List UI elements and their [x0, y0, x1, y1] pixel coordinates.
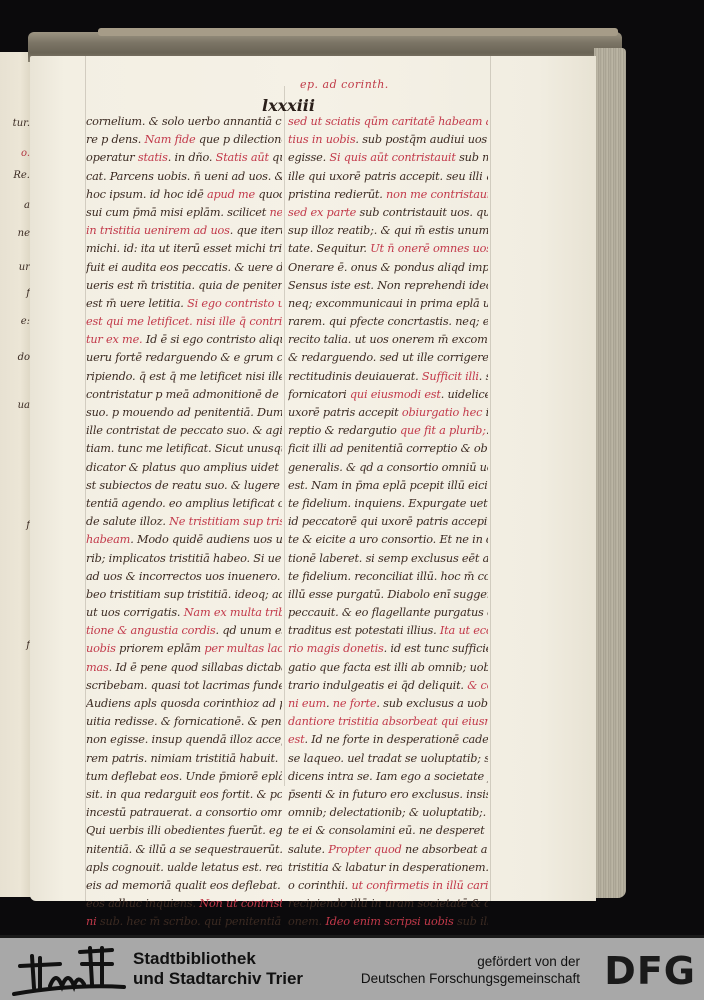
manuscript-line: ficit illi ad penitentiā correptio & obi… — [288, 440, 488, 458]
manuscript-line: tum deflebat eos. Unde p̄miorē eplām eis… — [86, 768, 282, 786]
body-text: est. Nam in p̄ma eplā pcepit illū eici a… — [288, 479, 488, 492]
body-text: rem patris. nimiam tristitiā habuit. & m… — [86, 752, 282, 765]
manuscript-line: st subiectos de reatu suo. & lugere peni — [86, 477, 282, 495]
manuscript-line: tristitia & labatur in desperationem. ob… — [288, 859, 488, 877]
rubric-text: Nam ex multa tribula — [184, 606, 282, 619]
manuscript-line: ueris est m̄ tristitia. quia de penitent… — [86, 277, 282, 295]
body-text: tristitia & labatur in desperationem. — [288, 861, 488, 874]
body-text: . id est tunc sufficiet ei obiur — [384, 642, 488, 655]
body-text: hoc ipsum. id hoc idē — [86, 188, 207, 201]
manuscript-line: tate. Sequitur. Ut n̄ onerē omnes uos. — [288, 240, 488, 258]
rubric-text: est qui me letificet. nisi ille q̄ — [86, 315, 246, 328]
body-text: Sensus iste est. Non reprehendi ideo del… — [288, 279, 488, 292]
rubric-text: Sufficit illi — [422, 370, 479, 383]
rubric-text: Ut n̄ onerē omnes uos — [370, 242, 488, 255]
manuscript-line: illū esse purgatū. Diabolo enī suggerent… — [288, 586, 488, 604]
left-page-text-fragment: do — [18, 352, 30, 363]
body-text: st subiectos de reatu suo. & lugere peni — [86, 479, 282, 492]
rubric-text: qui eiusmodi — [441, 715, 488, 728]
manuscript-line: operatur statis. in dño. Statis aūt quas… — [86, 149, 282, 167]
body-text: generalis. & qd a consortio omniū uerum … — [288, 461, 488, 474]
body-text: operatur — [86, 151, 138, 164]
body-text: quod ppo — [255, 188, 282, 201]
body-text: sub illa de — [454, 915, 488, 928]
manuscript-line: hoc ipsum. id hoc idē apud me quod ppo — [86, 186, 282, 204]
rubric-text: Si ego contristo uos. quis — [187, 297, 282, 310]
manuscript-line: contristatur p meā admonitionē de reatu — [86, 386, 282, 404]
manuscript-line: est qui me letificet. nisi ille q̄ contr… — [86, 313, 282, 331]
body-text: p̄senti & in futuro ero exclusus. insist… — [288, 788, 488, 801]
rubric-text: obiurgatio hec — [402, 406, 482, 419]
manuscript-line: sit. in qua redarguit eos fortit. & pcep… — [86, 786, 282, 804]
manuscript-line: eis ad memoriā qualit eos deflebat. & al… — [86, 877, 282, 895]
body-text: ueru fortē redarguendo & e grum cor — [86, 351, 282, 364]
rubric-text: in tristitia uenirem ad uos — [86, 224, 230, 237]
body-text: ficit illi ad penitentiā correptio & obi… — [288, 442, 488, 455]
manuscript-line: gatio que facta est illi ab omnib; uobis… — [288, 659, 488, 677]
body-text: . sub — [479, 370, 488, 383]
manuscript-line: sui cum p̄mā misi eplām. scilicet ne ite… — [86, 204, 282, 222]
body-text: o corinthii. — [288, 879, 351, 892]
manuscript-line: ille contristat de peccato suo. & agit p… — [86, 422, 282, 440]
institution-line-1: Stadtbibliothek — [133, 949, 303, 969]
left-page-text-fragment: o. — [21, 148, 30, 159]
body-text: dicens intra se. Iam ego a societate fid… — [288, 770, 488, 783]
body-text: ad uos & incorrectos uos inuenero. tunc … — [86, 570, 282, 583]
body-text: te fidelium. reconciliat illū. hoc m̄ co… — [288, 570, 488, 583]
body-text: recito talia. ut uos onerem m̄ excommuni… — [288, 333, 488, 346]
body-text: omnib; delectationib; & uoluptatib;. Ind… — [288, 806, 488, 819]
body-text: cat. Parcens uobis. n̄ ueni ad uos. & st… — [86, 170, 282, 183]
body-text: est m̄ uere letitia. — [86, 297, 187, 310]
body-text: te ei & consolamini eū. ne desperet de u… — [288, 824, 488, 837]
body-text: ripiendo. q̄ est q̄ me letificet nisi il… — [86, 370, 282, 383]
body-text: re p dens. — [86, 133, 144, 146]
stadtbibliothek-logo-icon — [12, 944, 127, 999]
manuscript-line: Onerare ē. onus & pondus aliqd imponere; — [288, 259, 488, 277]
body-text: se laqueo. uel tradat se uoluptatib; sel… — [288, 752, 488, 765]
manuscript-line: tius in uobis. sub postq̄m audiui uos pe… — [288, 131, 488, 149]
rubric-text: tione & angustia cordis — [86, 624, 216, 637]
rubric-text: Statis aūt — [216, 151, 269, 164]
manuscript-line: se laqueo. uel tradat se uoluptatib; sel… — [288, 750, 488, 768]
rubric-text: ut confirmetis in illū caritatē — [351, 879, 488, 892]
body-text: neq; excommunicaui in prima eplā ut uos … — [288, 297, 488, 310]
body-text: . in dño. — [168, 151, 216, 164]
body-text: egisse. — [288, 151, 329, 164]
text-column-left: cornelium. & solo uerbo annantiā cū uore… — [86, 113, 282, 931]
left-page-text-fragment: ne — [18, 228, 30, 239]
manuscript-line: Sensus iste est. Non reprehendi ideo del… — [288, 277, 488, 295]
body-text: nitentiā. & illū a se sequestrauerūt. Qu… — [86, 843, 282, 856]
manuscript-line: rectitudinis deuiauerat. Sufficit illi. … — [288, 368, 488, 386]
manuscript-line: cat. Parcens uobis. n̄ ueni ad uos. & st… — [86, 168, 282, 186]
manuscript-line: te fidelium. reconciliat illū. hoc m̄ co… — [288, 568, 488, 586]
body-text: . qd unum est. — [216, 624, 282, 637]
manuscript-line: scribebam. quasi tot lacrimas fundebam; — [86, 677, 282, 695]
rubric-text: ne iterū — [269, 206, 282, 219]
body-text: . sub postq̄m audiui uos penitāen — [355, 133, 488, 146]
body-text: michi. id: ita ut iterū esset michi tris… — [86, 242, 282, 255]
manuscript-line: rib; implicatos tristitiā habeo. Si uene… — [86, 550, 282, 568]
rubric-text: dantiore tristitia absorbeat — [288, 715, 437, 728]
body-text: rib; implicatos tristitiā habeo. Si uene… — [86, 552, 282, 565]
manuscript-line: traditus est potestati illius. Ita ut ec… — [288, 622, 488, 640]
manuscript-line: omnib; delectationib; & uoluptatib;. Ind… — [288, 804, 488, 822]
rubric-text: mas — [86, 661, 109, 674]
body-text: . que iterū esset — [230, 224, 282, 237]
rubric-text: Non ut contristemi — [199, 897, 282, 910]
body-text: scribebam. quasi tot lacrimas fundebam; — [86, 679, 282, 692]
rubric-text: rio magis donetis — [288, 642, 384, 655]
manuscript-line: est. Id ne forte in desperationē cadens … — [288, 731, 488, 749]
rubric-text: ne forte — [333, 697, 377, 710]
manuscript-line: cornelium. & solo uerbo annantiā cū uo — [86, 113, 282, 131]
footer-banner: Stadtbibliothek und Stadtarchiv Trier ge… — [0, 935, 704, 1000]
manuscript-line: tione & angustia cordis. qd unum est. sc… — [86, 622, 282, 640]
body-text: peccauit. & eo flagellante purgatus ē. c… — [288, 606, 488, 619]
manuscript-line: neq; excommunicaui in prima eplā ut uos … — [288, 295, 488, 313]
body-text: salute. — [288, 843, 328, 856]
institution-line-2: und Stadtarchiv Trier — [133, 969, 303, 989]
manuscript-line: apls cognouit. ualde letatus est. reduci… — [86, 859, 282, 877]
text-column-right: sed ut sciatis qūm caritatē habeam abund… — [288, 113, 488, 931]
body-text: contristatur p meā admonitionē de reatu — [86, 388, 282, 401]
body-text: traditus est potestati illius. — [288, 624, 440, 637]
manuscript-line: rio magis donetis. id est tunc sufficiet… — [288, 640, 488, 658]
body-text: quasi di — [269, 151, 282, 164]
body-text: beo tristitiam sup tristitiā. ideoq; adm… — [86, 588, 282, 601]
manuscript-line: ut uos corrigatis. Nam ex multa tribula — [86, 604, 282, 622]
rubric-text: statis — [138, 151, 168, 164]
manuscript-line: tiam. tunc me letificat. Sicut unusquisq… — [86, 440, 282, 458]
rubric-text: est — [288, 733, 304, 746]
manuscript-line: tionē laberet. si semp exclusus eēt a so… — [288, 550, 488, 568]
manuscript-line: onem. Ideo enim scripsi uobis sub illa d… — [288, 913, 488, 931]
manuscript-line: recito talia. ut uos onerem m̄ excommuni… — [288, 331, 488, 349]
body-text: illū esse purgatū. Diabolo enī suggerent… — [288, 588, 488, 601]
rubric-text: uobis — [86, 642, 116, 655]
body-text: tum deflebat eos. Unde p̄miorē eplām eis… — [86, 770, 282, 783]
body-text: de salute illoz. — [86, 515, 169, 528]
manuscript-line: de salute illoz. Ne tristitiam sup trist… — [86, 513, 282, 531]
manuscript-line: pristina redierūt. non me contristauit. … — [288, 186, 488, 204]
body-text: uxorē patris accepit — [288, 406, 402, 419]
ruling-line — [490, 56, 491, 901]
manuscript-line: incestū patrauerat. a consortio omniū ex… — [86, 804, 282, 822]
body-text: fornicatori — [288, 388, 350, 401]
body-text: ille qui uxorē patris accepit. seu illi … — [288, 170, 488, 183]
manuscript-line: ni eum. ne forte. sub exclusus a uobis. … — [288, 695, 488, 713]
manuscript-line: sed ut sciatis qūm caritatē habeam abund… — [288, 113, 488, 131]
body-text: ne absorbeat a nimia — [402, 843, 488, 856]
body-text: tate. Sequitur. — [288, 242, 370, 255]
manuscript-line: generalis. & qd a consortio omniū uerum … — [288, 459, 488, 477]
body-text: que p dilectionem — [196, 133, 282, 146]
body-text: tionē laberet. si semp exclusus eēt a so… — [288, 552, 488, 565]
manuscript-line: tentiā agendo. eo amplius letificat cert… — [86, 495, 282, 513]
body-text: id est cor — [482, 406, 488, 419]
rubric-text: apud me — [207, 188, 255, 201]
left-page-edge: tur.o.Re.aneurfe:douaff — [0, 52, 34, 897]
manuscript-line: ueru fortē redarguendo & e grum cor — [86, 349, 282, 367]
body-text: fuit ei audita eos peccatis. & uere de p… — [86, 261, 282, 274]
body-text: Id ē si ego contristo aliquem — [142, 333, 282, 346]
body-text: pristina redierūt. — [288, 188, 386, 201]
body-text: reptio & redargutio — [288, 424, 400, 437]
manuscript-line: id peccatorē qui uxorē patris accepit ex… — [288, 513, 488, 531]
rubric-text: Si quis aūt contristauit — [329, 151, 455, 164]
rubric-text: ni — [86, 915, 97, 928]
rubric-text: tius in uobis — [288, 133, 355, 146]
rubric-text: Ita ut econtra — [440, 624, 488, 637]
rubric-text: qui eiusmodi est — [350, 388, 441, 401]
manuscript-line: egisse. Si quis aūt contristauit sub me.… — [288, 149, 488, 167]
manuscript-line: rarem. qui pfecte concrtastis. neq; etiā… — [288, 313, 488, 331]
body-text: . — [326, 697, 333, 710]
rubric-text: Ideo enim scripsi uobis — [325, 915, 453, 928]
body-text: id peccatorē qui uxorē patris accepit ex… — [288, 515, 488, 528]
manuscript-line: in tristitia uenirem ad uos. que iterū e… — [86, 222, 282, 240]
manuscript-line: dicens intra se. Iam ego a societate fid… — [288, 768, 488, 786]
manuscript-line: uitia redisse. & fornicationē. & peniten… — [86, 713, 282, 731]
funder-credit: gefördert von der Deutschen Forschungsge… — [361, 953, 580, 987]
manuscript-line: est m̄ uere letitia. Si ego contristo uo… — [86, 295, 282, 313]
manuscript-line: nitentiā. & illū a se sequestrauerūt. Qu… — [86, 841, 282, 859]
manuscript-line: uobis priorem eplām per multas lacri — [86, 640, 282, 658]
manuscript-line: habeam. Modo quidē audiens uos uariis er… — [86, 531, 282, 549]
body-text: sit. in qua redarguit eos fortit. & pcep… — [86, 788, 282, 801]
manuscript-line: eos adhuc inquiens. Non ut contristemi — [86, 895, 282, 913]
manuscript-line: te & eicite a uro consortio. Et ne in de… — [288, 531, 488, 549]
body-text: . Id ē pene quod sillabas dictabam uel — [109, 661, 282, 674]
body-text: onem. — [288, 915, 325, 928]
body-text: sui cum p̄mā misi eplām. scilicet — [86, 206, 269, 219]
rubric-text: ni eum — [288, 697, 326, 710]
body-text: Onerare ē. onus & pondus aliqd imponere; — [288, 261, 488, 274]
body-text: non egisse. insup quendā illoz accepisse… — [86, 733, 282, 746]
body-text: Qui uerbis illi obedientes fuerūt. egeru… — [86, 824, 282, 837]
body-text: sub contristauit uos. qui condolu istis — [356, 206, 488, 219]
rubric-text: habeam — [86, 533, 130, 546]
body-text: uitia redisse. & fornicationē. & peniten… — [86, 715, 282, 728]
body-text: . Id est suf — [486, 424, 488, 437]
institution-name: Stadtbibliothek und Stadtarchiv Trier — [133, 949, 303, 989]
manuscript-line: beo tristitiam sup tristitiā. ideoq; adm… — [86, 586, 282, 604]
manuscript-line: peccauit. & eo flagellante purgatus ē. c… — [288, 604, 488, 622]
body-text: tentiā agendo. eo amplius letificat cert… — [86, 497, 282, 510]
manuscript-line: fuit ei audita eos peccatis. & uere de p… — [86, 259, 282, 277]
body-text: Audiens apls quosda corinthioz ad pristi… — [86, 697, 282, 710]
left-page-text-fragment: tur. — [13, 118, 30, 129]
manuscript-line: ad uos & incorrectos uos inuenero. tunc … — [86, 568, 282, 586]
running-head: ep. ad corinth. — [300, 78, 389, 91]
left-page-text-fragment: ua — [18, 400, 30, 411]
manuscript-line: te fidelium. inquiens. Expurgate uet fer… — [288, 495, 488, 513]
ruling-line — [284, 86, 285, 786]
body-text: sub. hec m̄ scribo. qui penitentiā habui… — [97, 915, 283, 928]
body-text: rarem. qui pfecte concrtastis. neq; etiā… — [288, 315, 488, 328]
body-text: cornelium. & solo uerbo annantiā cū uo — [86, 115, 282, 128]
manuscript-line: re p dens. Nam fide que p dilectionem — [86, 131, 282, 149]
body-text: eos adhuc inquiens. — [86, 897, 199, 910]
manuscript-line: p̄senti & in futuro ero exclusus. insist… — [288, 786, 488, 804]
rubric-text: Ne tristitiam sup tristitiā — [169, 515, 282, 528]
manuscript-line: fornicatori qui eiusmodi est. uidelicet … — [288, 386, 488, 404]
body-text: & redarguendo. sed ut ille corrigeretur.… — [288, 351, 488, 364]
manuscript-line: tur ex me. Id ē si ego contristo aliquem — [86, 331, 282, 349]
left-page-text-fragment: ur — [19, 262, 30, 273]
manuscript-line: ripiendo. q̄ est q̄ me letificet nisi il… — [86, 368, 282, 386]
funder-line-1: gefördert von der — [361, 953, 580, 970]
manuscript-line: te ei & consolamini eū. ne desperet de u… — [288, 822, 488, 840]
rubric-text: contrista — [249, 315, 282, 328]
manuscript-line: sup illoz reatib;. & qui m̄ estis unum i… — [288, 222, 488, 240]
rubric-text: per multas lacri — [204, 642, 282, 655]
left-page-text-fragment: Re. — [13, 170, 30, 181]
rubric-text: sed ut sciatis qūm caritatē habeam abund… — [288, 115, 488, 128]
body-text: ille contristat de peccato suo. & agit p… — [86, 424, 282, 437]
rubric-text: que fit a plurib; — [400, 424, 486, 437]
body-text: priorem eplām — [116, 642, 205, 655]
rubric-text: Nam fide — [144, 133, 195, 146]
rubric-text: tur ex me. — [86, 333, 142, 346]
body-text: dicator & platus quo amplius uidet contr… — [86, 461, 282, 474]
manuscript-line: Audiens apls quosda corinthioz ad pristi… — [86, 695, 282, 713]
book-fore-edge — [594, 48, 626, 898]
manuscript-line: salute. Propter quod ne absorbeat a nimi… — [288, 841, 488, 859]
manuscript-line: dantiore tristitia absorbeat qui eiusmod… — [288, 713, 488, 731]
manuscript-line: recipiendo illū in uram societatē & comm… — [288, 895, 488, 913]
manuscript-line: suo. p mouendo ad penitentiā. Dum enim — [86, 404, 282, 422]
manuscript-line: Qui uerbis illi obedientes fuerūt. egeru… — [86, 822, 282, 840]
body-text: trario indulgeatis ei q̄d deliquit. — [288, 679, 467, 692]
body-text: eis ad memoriā qualit eos deflebat. & al… — [86, 879, 282, 892]
manuscript-line: & redarguendo. sed ut ille corrigeretur.… — [288, 349, 488, 367]
body-text: te & eicite a uro consortio. Et ne in de… — [288, 533, 488, 546]
body-text: . Id ne forte in desperationē cadens suf… — [304, 733, 488, 746]
body-text: rectitudinis deuiauerat. — [288, 370, 422, 383]
body-text: recipiendo illū in uram societatē & comm… — [288, 897, 488, 910]
manuscript-line: est. Nam in p̄ma eplā pcepit illū eici a… — [288, 477, 488, 495]
body-text: . sub exclusus a uobis. — [376, 697, 488, 710]
dfg-logo-icon: DFG — [604, 952, 696, 990]
manuscript-line: uxorē patris accepit obiurgatio hec id e… — [288, 404, 488, 422]
funder-line-2: Deutschen Forschungsgemeinschaft — [361, 970, 580, 987]
body-text: tiam. tunc me letificat. Sicut unusquisq… — [86, 442, 282, 455]
body-text: ueris est m̄ tristitia. quia de penitent… — [86, 279, 282, 292]
body-text: sub me. sive — [456, 151, 488, 164]
rubric-text: Propter quod — [328, 843, 401, 856]
body-text: suo. p mouendo ad penitentiā. Dum enim — [86, 406, 282, 419]
body-text: incestū patrauerat. a consortio omniū ex… — [86, 806, 282, 819]
body-text: apls cognouit. ualde letatus est. reduci… — [86, 861, 282, 874]
manuscript-line: reptio & redargutio que fit a plurib;. I… — [288, 422, 488, 440]
body-text: sup illoz reatib;. & qui m̄ estis unum i… — [288, 224, 488, 237]
manuscript-line: rem patris. nimiam tristitiā habuit. & m… — [86, 750, 282, 768]
body-text: . Modo quidē audiens uos uariis erro — [130, 533, 282, 546]
rubric-text: non me contristauit — [386, 188, 488, 201]
manuscript-line: trario indulgeatis ei q̄d deliquit. & co… — [288, 677, 488, 695]
left-page-text-fragment: e: — [21, 316, 30, 327]
manuscript-line: ille qui uxorē patris accepit. seu illi … — [288, 168, 488, 186]
manuscript-line: michi. id: ita ut iterū esset michi tris… — [86, 240, 282, 258]
manuscript-scan: tur.o.Re.aneurfe:douaff ep. ad corinth. … — [0, 0, 704, 935]
manuscript-line: mas. Id ē pene quod sillabas dictabam ue… — [86, 659, 282, 677]
body-text: te fidelium. inquiens. Expurgate uet fer… — [288, 497, 488, 510]
rubric-text: sed ex parte — [288, 206, 356, 219]
body-text: . uidelicet qui — [441, 388, 488, 401]
manuscript-line: non egisse. insup quendā illoz accepisse… — [86, 731, 282, 749]
manuscript-line: o corinthii. ut confirmetis in illū cari… — [288, 877, 488, 895]
body-text: gatio que facta est illi ab omnib; uobis… — [288, 661, 488, 674]
manuscript-line: sed ex parte sub contristauit uos. qui c… — [288, 204, 488, 222]
manuscript-line: dicator & platus quo amplius uidet contr… — [86, 459, 282, 477]
body-text: ut uos corrigatis. — [86, 606, 184, 619]
manuscript-line: ni sub. hec m̄ scribo. qui penitentiā ha… — [86, 913, 282, 931]
rubric-text: & consolemi — [467, 679, 488, 692]
